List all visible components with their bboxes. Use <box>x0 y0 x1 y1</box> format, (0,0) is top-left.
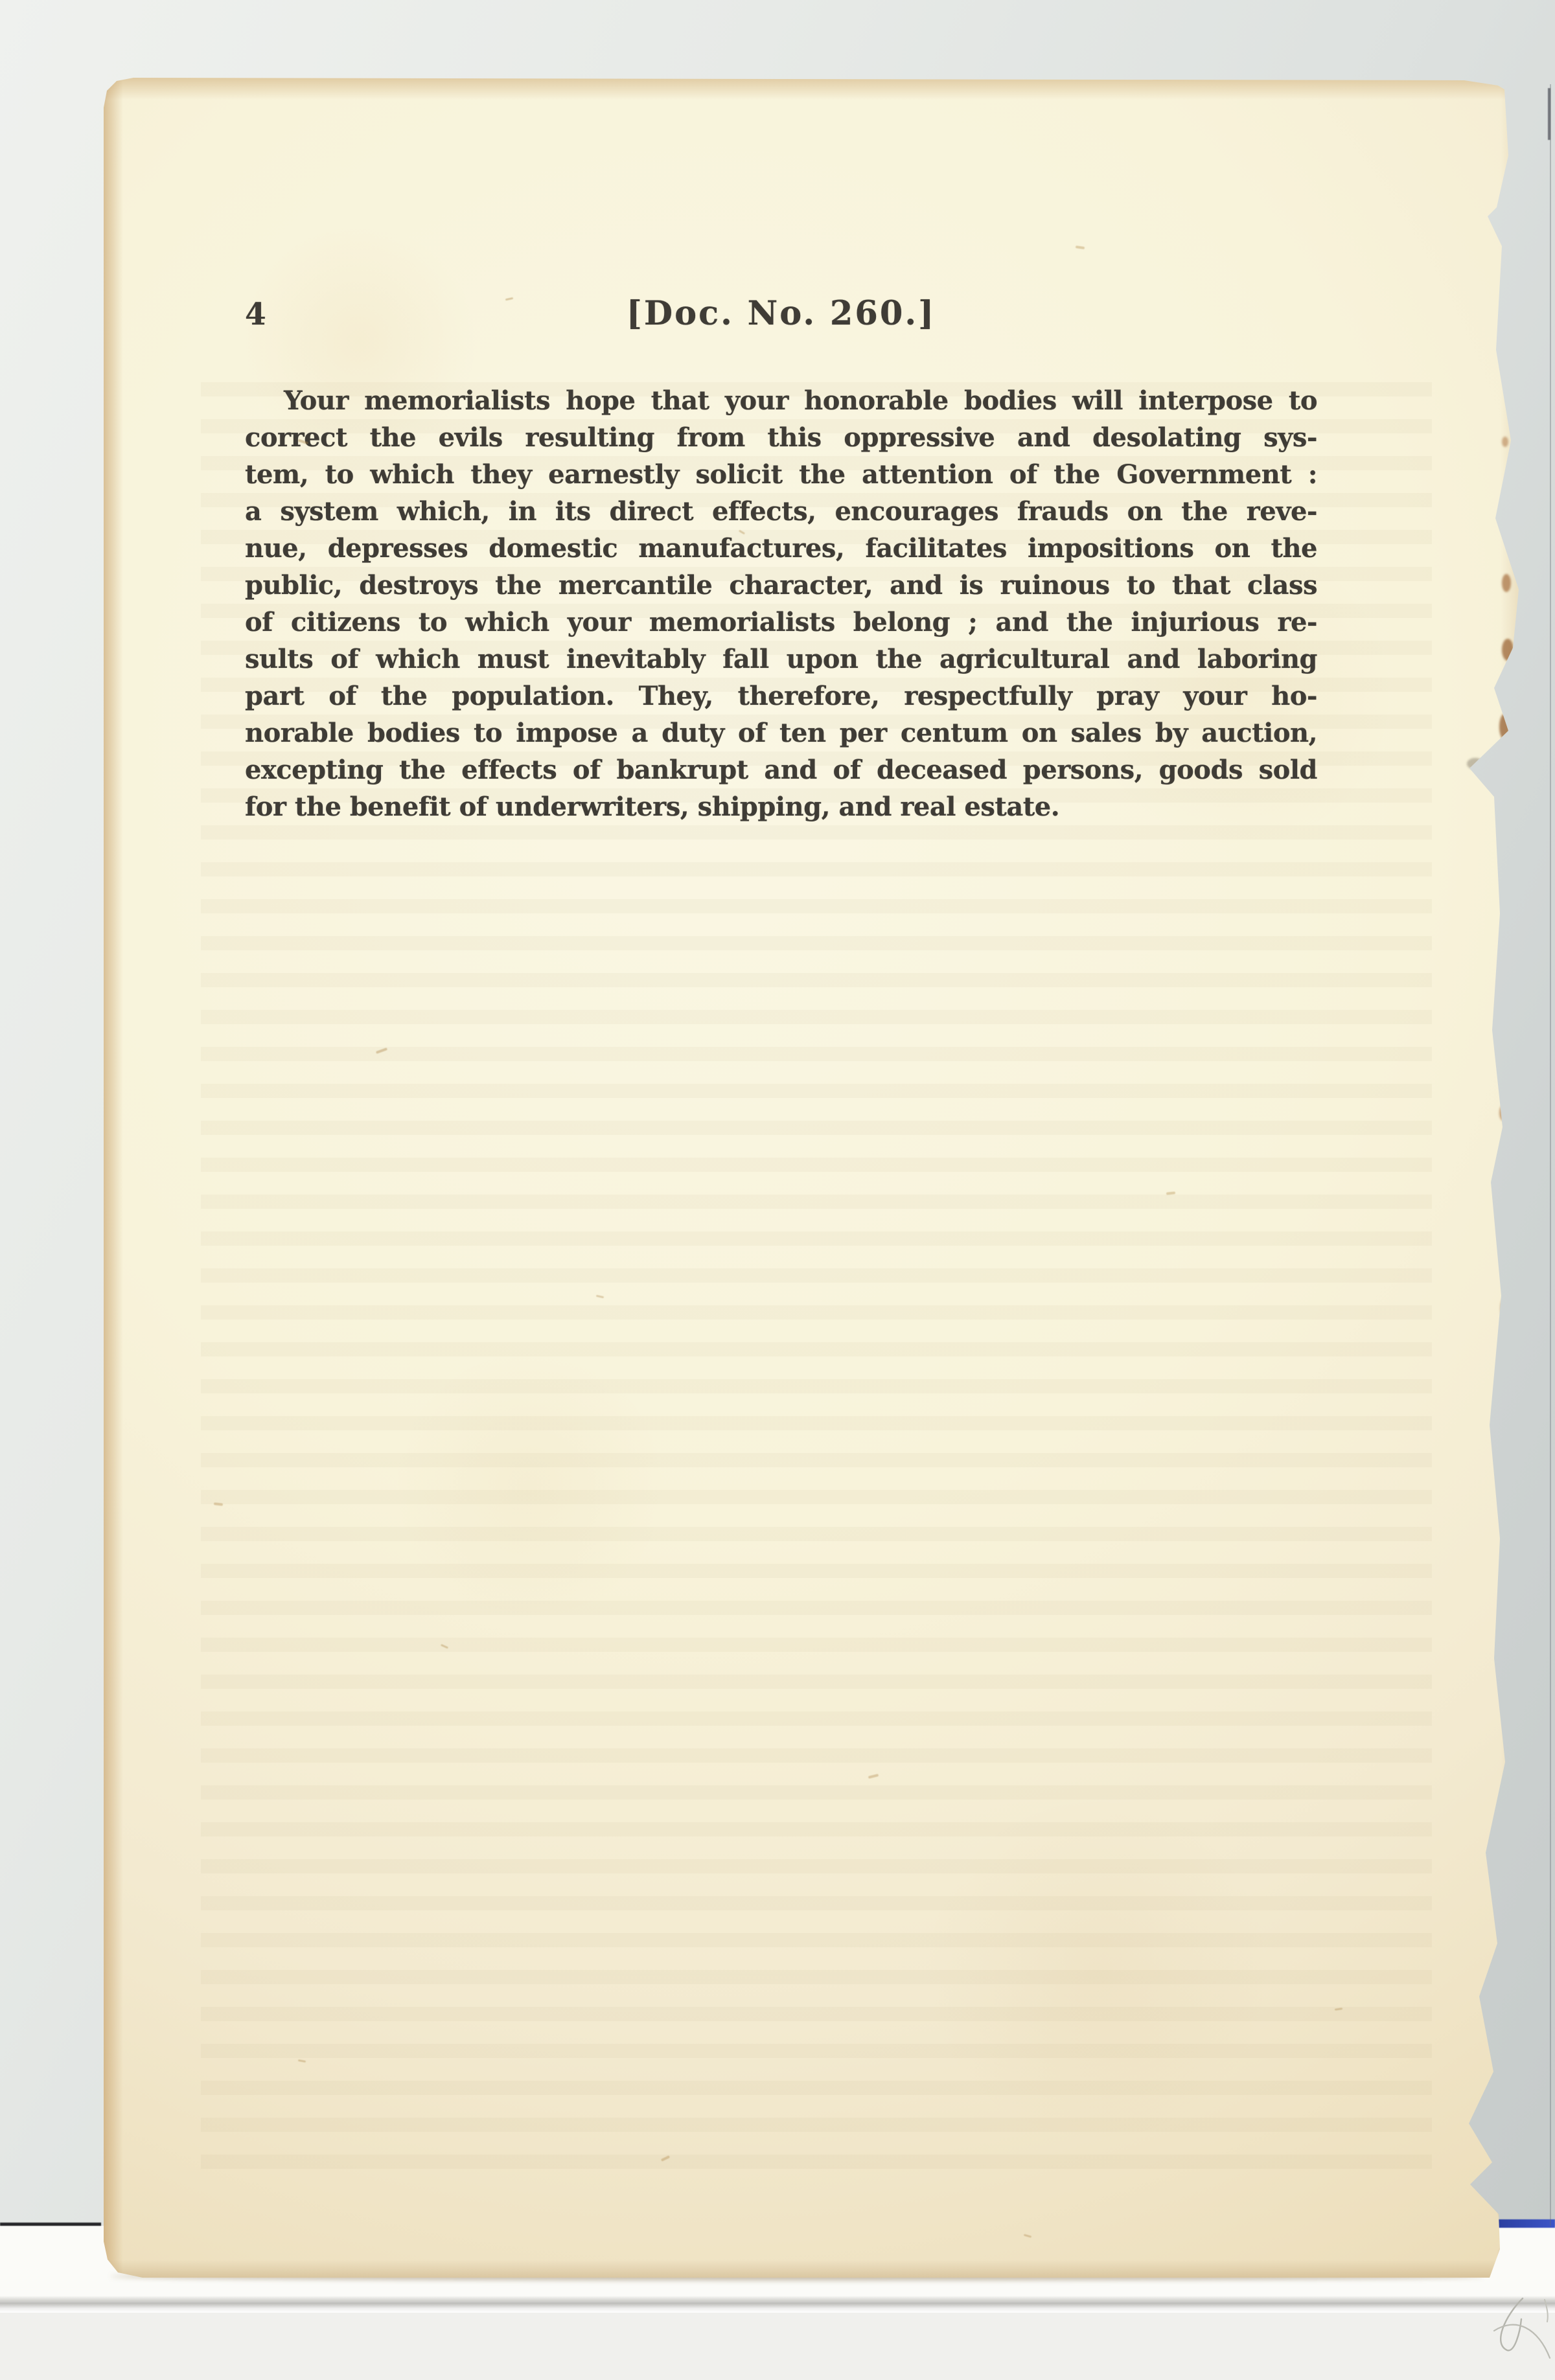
body-line: tem, to which they earnestly solicit the… <box>245 456 1317 493</box>
body-line: of citizens to which your memorialists b… <box>245 604 1317 641</box>
body-line: norable bodies to impose a duty of ten p… <box>245 715 1317 751</box>
body-line: nue, depresses domestic manufactures, fa… <box>245 530 1317 567</box>
body-line: part of the population. They, therefore,… <box>245 678 1317 715</box>
body-line: a system which, in its direct effects, e… <box>245 493 1317 530</box>
page-header: 4 [Doc. No. 260.] <box>245 294 1317 346</box>
document-page: 4 [Doc. No. 260.] Your memorialists hope… <box>104 78 1523 2278</box>
scanner-artifact-tick <box>1548 88 1550 140</box>
platen-lower-area <box>0 2313 1555 2380</box>
foxing-spot <box>1502 437 1508 447</box>
pencil-mark <box>1482 2293 1555 2371</box>
body-line: public, destroys the mercantile characte… <box>245 567 1317 604</box>
platen-shadow-band <box>0 2296 1555 2313</box>
doc-number-header: [Doc. No. 260.] <box>245 294 1317 333</box>
body-line: for the benefit of underwriters, shippin… <box>245 788 1317 825</box>
body-line: excepting the effects of bankrupt and of… <box>245 751 1317 788</box>
scanner-artifact-line <box>1550 84 1551 2226</box>
backing-sheet-edge-black <box>0 2223 101 2226</box>
body-line: correct the evils resulting from this op… <box>245 419 1317 456</box>
foxing-spot <box>1502 574 1511 592</box>
body-paragraph: Your memorialists hope that your honorab… <box>245 382 1317 825</box>
body-line: sults of which must inevitably fall upon… <box>245 641 1317 678</box>
body-line: Your memorialists hope that your honorab… <box>245 382 1317 419</box>
